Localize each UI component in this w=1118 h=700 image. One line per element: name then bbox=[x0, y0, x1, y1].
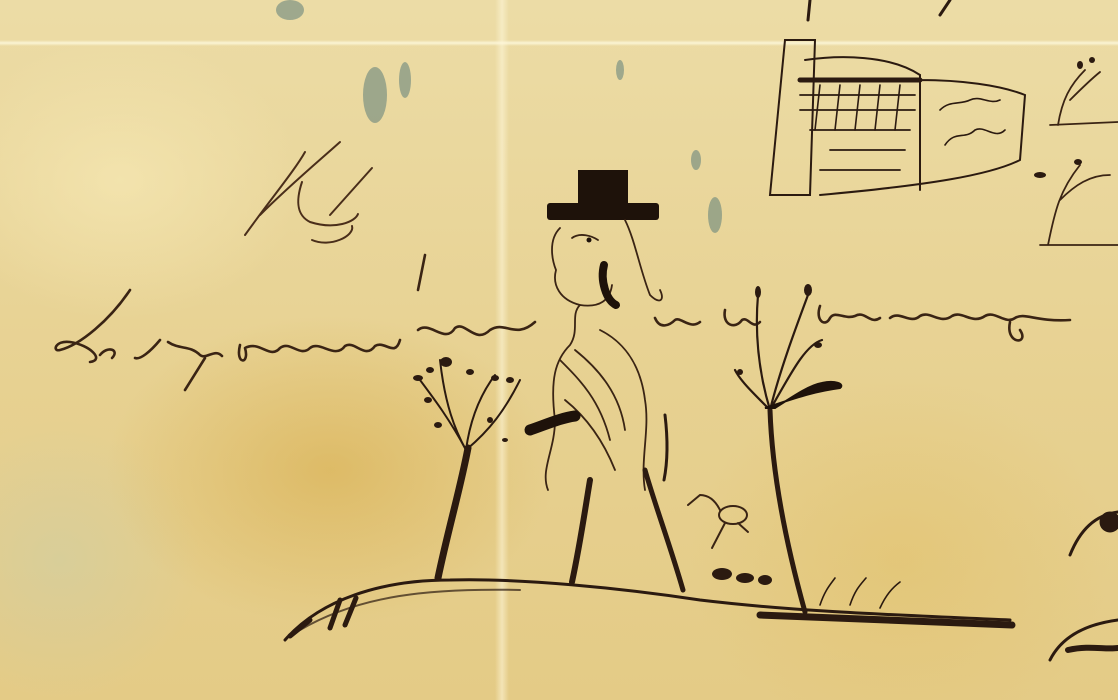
ground-line bbox=[285, 578, 1012, 640]
small-trees bbox=[1034, 57, 1118, 245]
ink-drawing bbox=[0, 0, 1118, 700]
ground-bird bbox=[688, 495, 748, 548]
monogram-flourish bbox=[245, 142, 372, 243]
figure-arm bbox=[530, 416, 575, 430]
building-sketch bbox=[770, 0, 1025, 195]
walking-figure bbox=[530, 170, 683, 590]
top-hat-brim bbox=[547, 203, 659, 220]
tree-right bbox=[735, 284, 841, 612]
tree-left bbox=[413, 357, 520, 578]
mold-stains bbox=[276, 0, 722, 233]
top-hat-crown bbox=[578, 170, 628, 204]
edge-birds bbox=[1050, 512, 1118, 660]
figure-hair bbox=[603, 265, 616, 305]
manuscript-sheet: Le Sage promenant ses idées dans les Boi… bbox=[0, 0, 1118, 700]
ground-animals bbox=[712, 568, 772, 585]
